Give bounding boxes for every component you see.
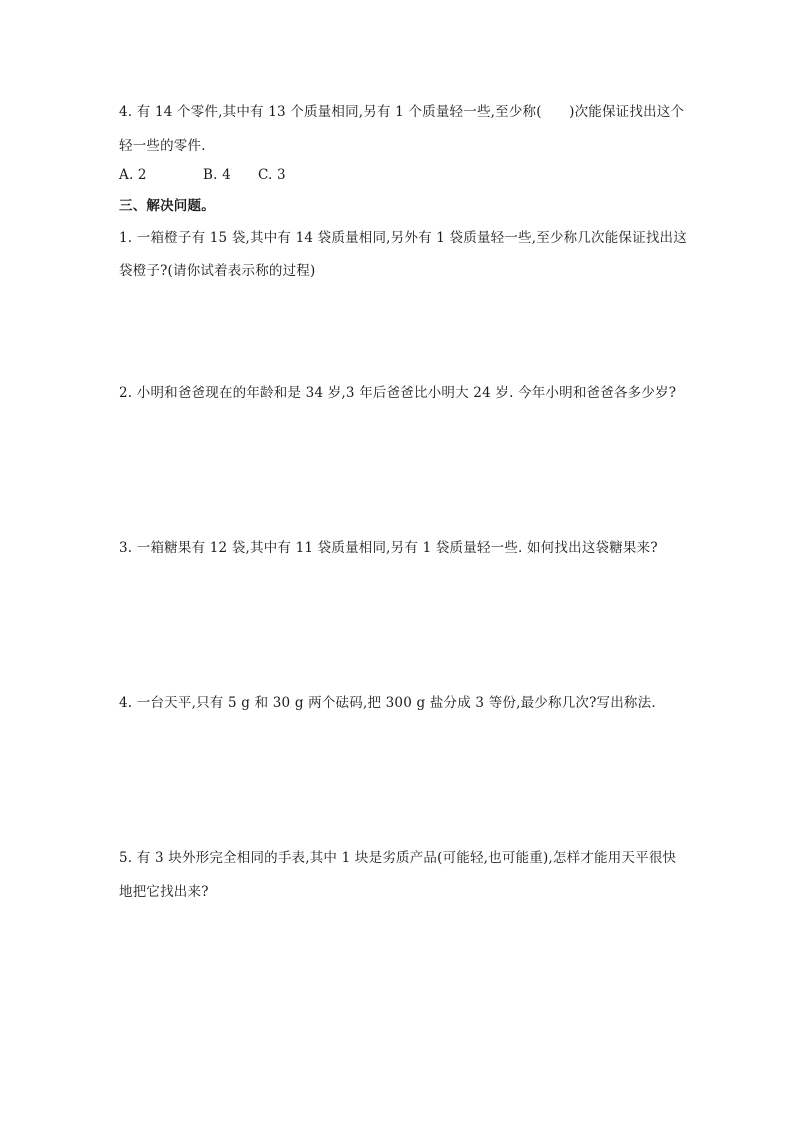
option-c: C. 3 — [258, 167, 286, 183]
problem-text-line2: 地把它找出来? — [119, 884, 209, 900]
problem-text-line1: 1. 一箱橙子有 15 袋,其中有 14 袋质量相同,另外有 1 袋质量轻一些,… — [119, 230, 687, 246]
section-heading: 三、解决问题。 — [119, 198, 215, 214]
option-b: B. 4 — [203, 167, 258, 183]
problem-text-line1: 5. 有 3 块外形完全相同的手表,其中 1 块是劣质产品(可能轻,也可能重),… — [119, 850, 676, 866]
problem-text-line1: 3. 一箱糖果有 12 袋,其中有 11 袋质量相同,另有 1 袋质量轻一些. … — [119, 540, 658, 556]
problem-text-line1: 4. 一台天平,只有 5 g 和 30 g 两个砝码,把 300 g 盐分成 3… — [119, 695, 656, 711]
question-text-line2: 轻一些的零件. — [119, 138, 206, 154]
problem-text-line1: 2. 小明和爸爸现在的年龄和是 34 岁,3 年后爸爸比小明大 24 岁. 今年… — [119, 385, 676, 401]
question-text-line1: 4. 有 14 个零件,其中有 13 个质量相同,另有 1 个质量轻一些,至少称… — [119, 104, 684, 120]
answer-options: A. 2B. 4C. 3 — [119, 167, 286, 183]
option-a: A. 2 — [119, 167, 203, 183]
problem-text-line2: 袋橙子?(请你试着表示称的过程) — [119, 263, 315, 279]
